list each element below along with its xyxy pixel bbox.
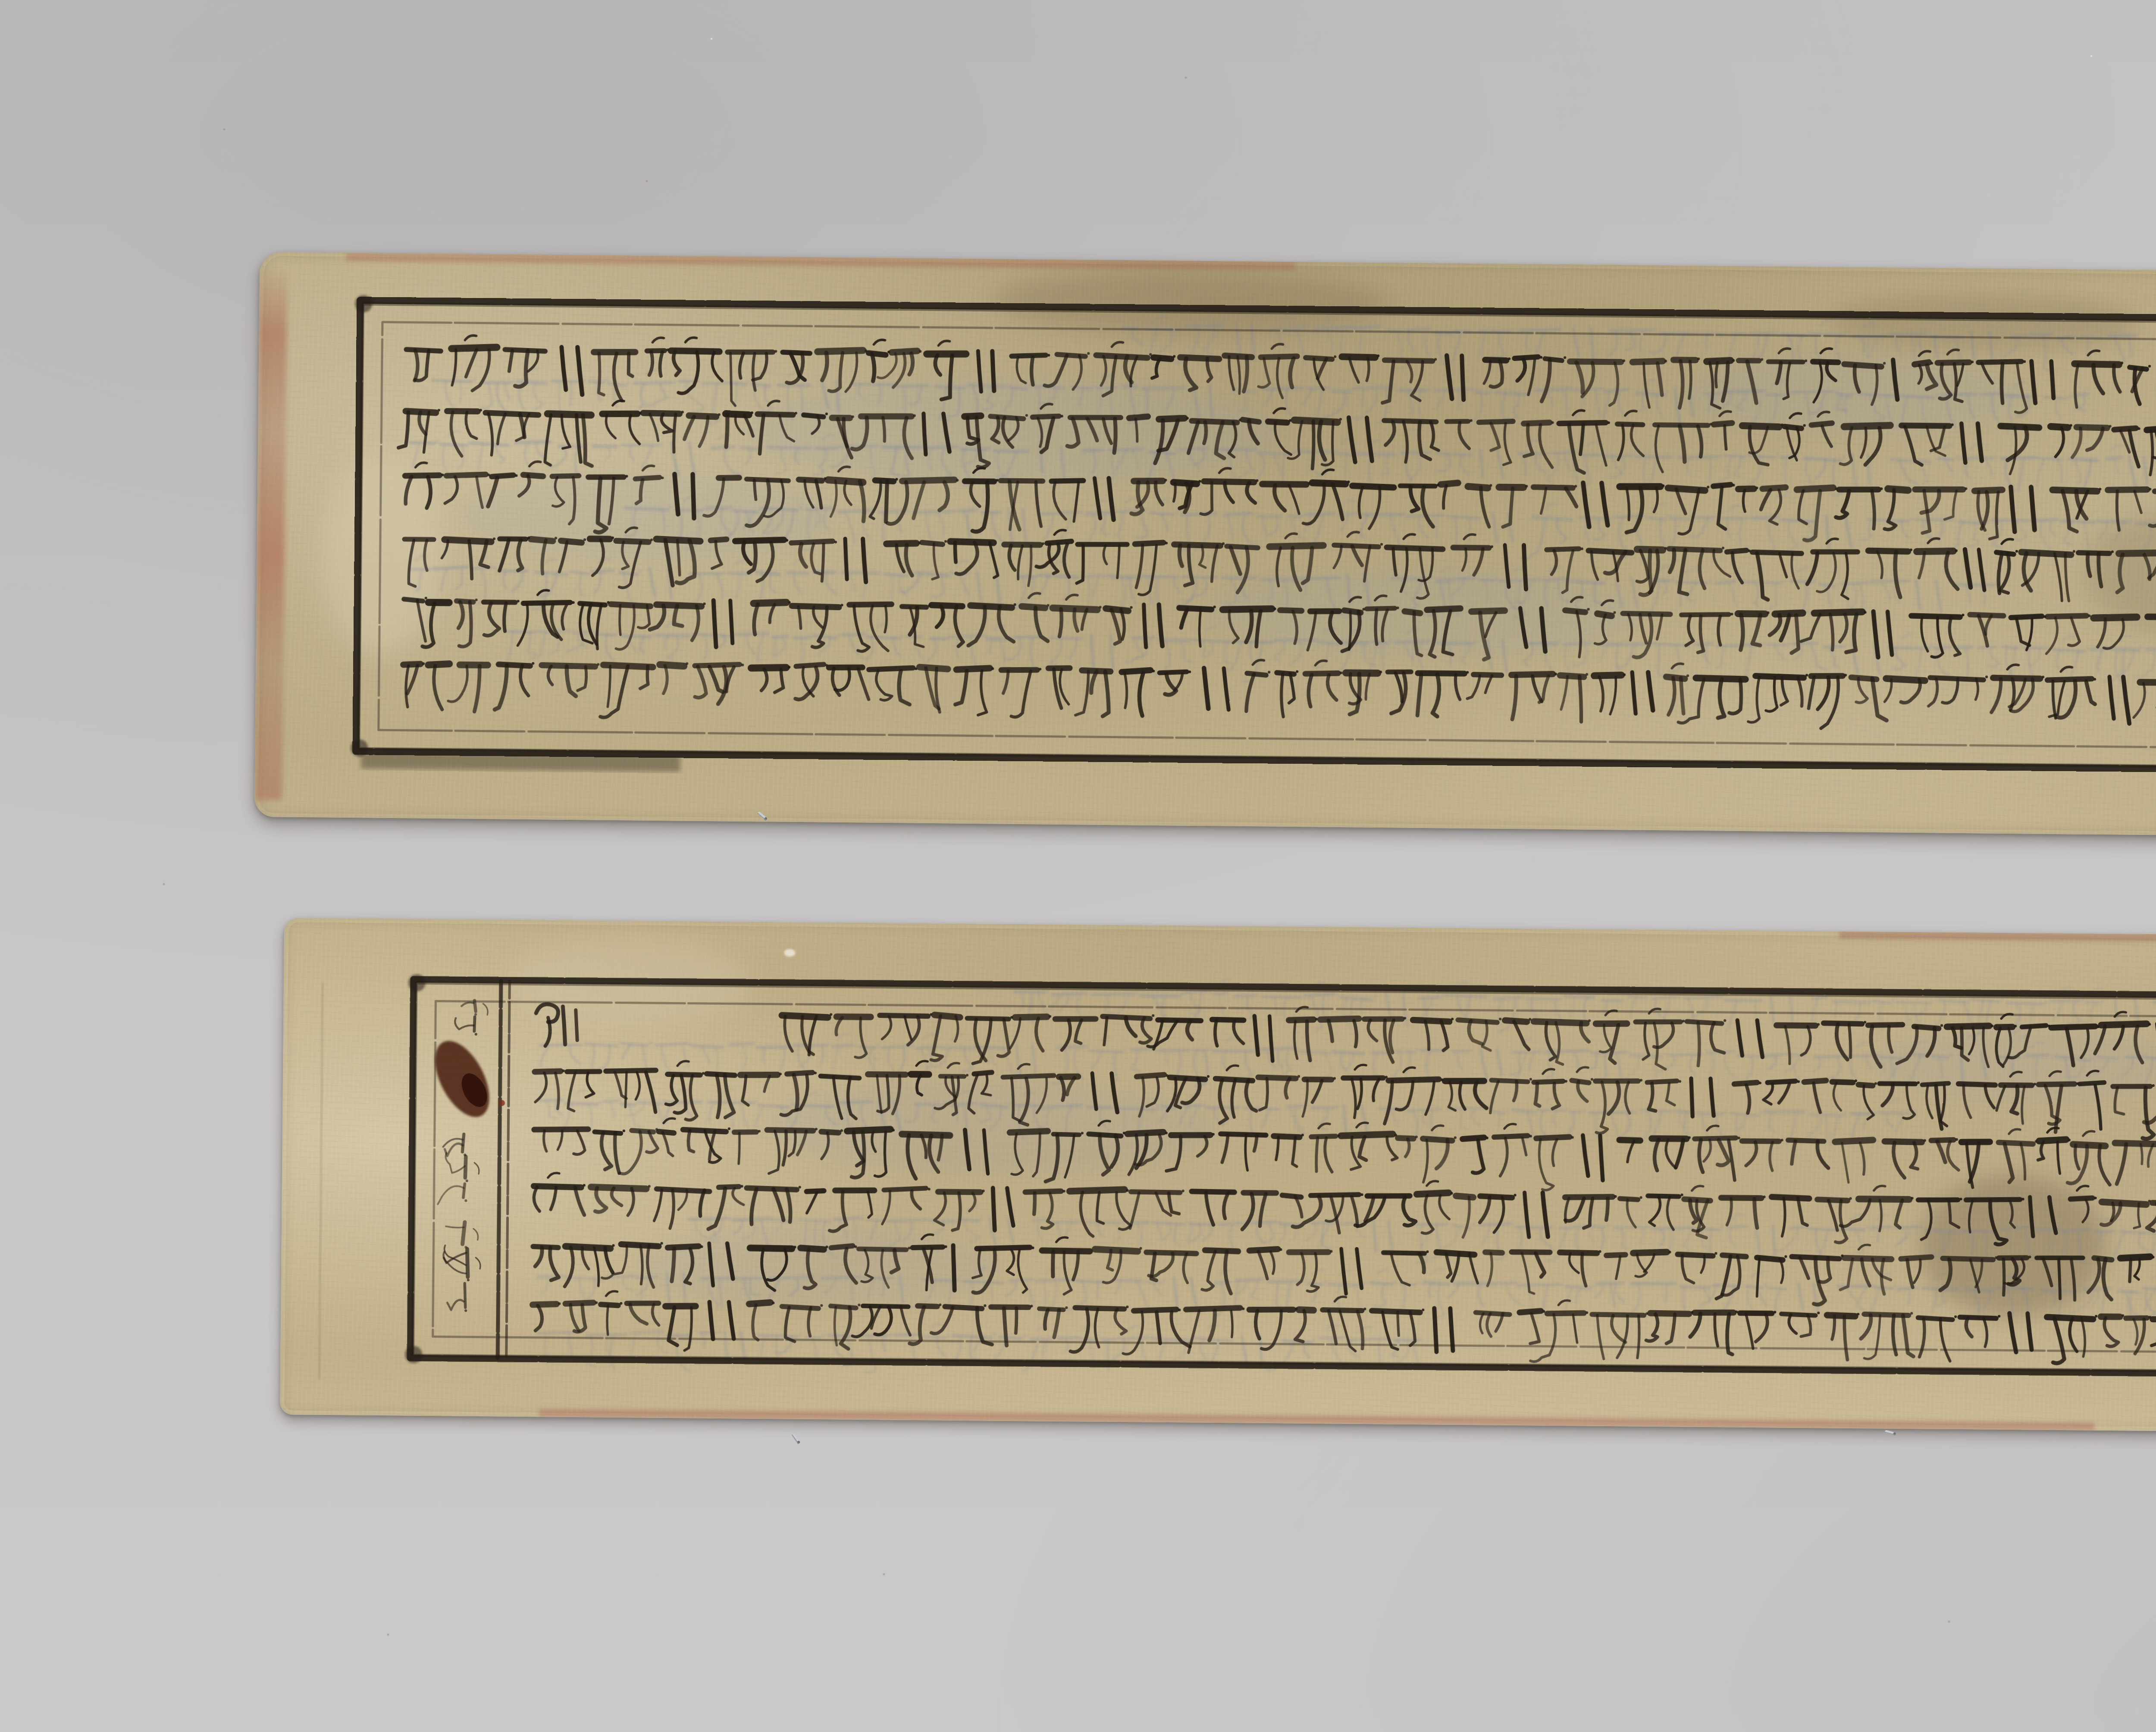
ghost-text-offset <box>537 974 2156 1385</box>
top-leaf-ink <box>351 295 2156 788</box>
photograph-of-manuscript: སྦྱི་བ་མཆེན། །དཔྱེ་ཞེའི་དུ་ཟར་བ་མཚོན་པས་… <box>0 0 2156 1732</box>
conservation-pin <box>792 1433 801 1444</box>
bottom-leaf-ink <box>318 972 2156 1398</box>
yig-mgo-head-mark <box>536 1004 578 1046</box>
dust-specks <box>163 38 2156 1636</box>
ink-overlay <box>0 0 2156 1732</box>
conservation-pin <box>1885 1430 1896 1435</box>
conservation-pin <box>757 811 768 821</box>
